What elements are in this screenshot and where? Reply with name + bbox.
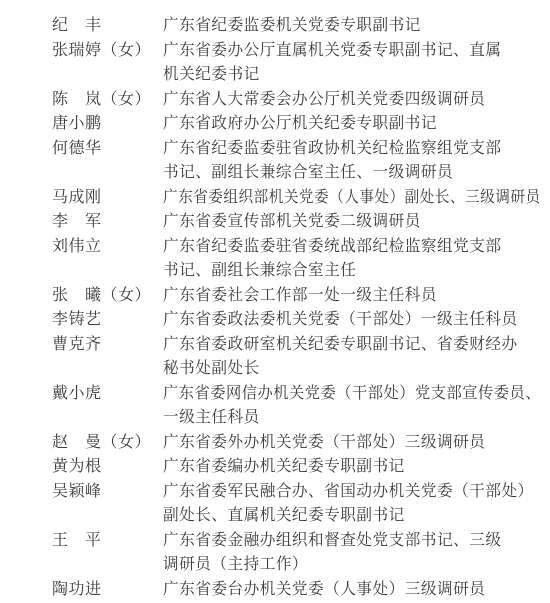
list-item: 赵 曼（女）广东省委外办机关党委（干部处）三级调研员 — [0, 431, 550, 456]
person-name: 李 军 — [52, 210, 163, 235]
position-title: 广东省人大常委会办公厅机关党委四级调研员 — [163, 88, 550, 113]
list-item: 陈 岚（女）广东省人大常委会办公厅机关党委四级调研员 — [0, 88, 550, 113]
person-name: 黄为根 — [52, 455, 163, 480]
person-name: 李铸艺 — [52, 308, 163, 333]
document-page: 纪 丰广东省纪委监委机关党委专职副书记张瑞婷（女）广东省委办公厅直属机关党委专职… — [0, 0, 550, 603]
list-item: 李铸艺广东省委政法委机关党委（干部处）一级主任科员 — [0, 308, 550, 333]
position-title: 广东省纪委监委驻省委统战部纪检监察组党支部书记、副组长兼综合室主任 — [163, 235, 550, 284]
position-title: 广东省委政研室机关纪委专职副书记、省委财经办秘书处副处长 — [163, 333, 550, 382]
person-name: 曹克齐 — [52, 333, 163, 358]
position-line: 广东省委外办机关党委（干部处）三级调研员 — [163, 431, 541, 456]
personnel-roster: 纪 丰广东省纪委监委机关党委专职副书记张瑞婷（女）广东省委办公厅直属机关党委专职… — [0, 14, 550, 602]
position-title: 广东省纪委监委机关党委专职副书记 — [163, 14, 550, 39]
person-name: 何德华 — [52, 137, 163, 162]
list-item: 陶功进广东省委台办机关党委（人事处）三级调研员 — [0, 578, 550, 603]
position-line: 机关纪委书记 — [163, 63, 541, 88]
position-line: 广东省委组织部机关党委（人事处）副处长、三级调研员 — [163, 186, 517, 211]
position-line: 广东省委宣传部机关党委二级调研员 — [163, 210, 541, 235]
position-line: 广东省委金融办组织和督查处党支部书记、三级 — [163, 529, 541, 554]
position-title: 广东省委网信办机关党委（干部处）党支部宣传委员、一级主任科员 — [163, 382, 550, 431]
person-name: 王 平 — [52, 529, 163, 554]
position-title: 广东省委政法委机关党委（干部处）一级主任科员 — [163, 308, 550, 333]
list-item: 戴小虎广东省委网信办机关党委（干部处）党支部宣传委员、一级主任科员 — [0, 382, 550, 431]
list-item: 何德华广东省纪委监委驻省政协机关纪检监察组党支部书记、副组长兼综合室主任、一级调… — [0, 137, 550, 186]
position-line: 书记、副组长兼综合室主任 — [163, 259, 541, 284]
position-line: 调研员（主持工作） — [163, 553, 541, 578]
person-name: 马成刚 — [52, 186, 163, 211]
position-line: 广东省纪委监委驻省政协机关纪检监察组党支部 — [163, 137, 541, 162]
position-line: 广东省纪委监委机关党委专职副书记 — [163, 14, 541, 39]
person-name: 唐小鹏 — [52, 112, 163, 137]
position-line: 广东省委办公厅直属机关党委专职副书记、直属 — [163, 39, 541, 64]
position-line: 广东省委编办机关纪委专职副书记 — [163, 455, 541, 480]
list-item: 吴颖峰广东省委军民融合办、省国动办机关党委（干部处）副处长、直属机关纪委专职副书… — [0, 480, 550, 529]
position-title: 广东省委台办机关党委（人事处）三级调研员 — [163, 578, 550, 603]
position-title: 广东省委外办机关党委（干部处）三级调研员 — [163, 431, 550, 456]
position-title: 广东省委编办机关纪委专职副书记 — [163, 455, 550, 480]
position-line: 秘书处副处长 — [163, 357, 541, 382]
position-line: 广东省政府办公厅机关纪委专职副书记 — [163, 112, 541, 137]
position-line: 广东省委政法委机关党委（干部处）一级主任科员 — [163, 308, 541, 333]
list-item: 唐小鹏广东省政府办公厅机关纪委专职副书记 — [0, 112, 550, 137]
list-item: 李 军广东省委宣传部机关党委二级调研员 — [0, 210, 550, 235]
position-line: 书记、副组长兼综合室主任、一级调研员 — [163, 161, 541, 186]
list-item: 纪 丰广东省纪委监委机关党委专职副书记 — [0, 14, 550, 39]
position-line: 副处长、直属机关纪委专职副书记 — [163, 504, 541, 529]
position-line: 广东省委军民融合办、省国动办机关党委（干部处） — [163, 480, 541, 505]
person-name: 刘伟立 — [52, 235, 163, 260]
position-line: 一级主任科员 — [163, 406, 541, 431]
list-item: 刘伟立广东省纪委监委驻省委统战部纪检监察组党支部书记、副组长兼综合室主任 — [0, 235, 550, 284]
list-item: 曹克齐广东省委政研室机关纪委专职副书记、省委财经办秘书处副处长 — [0, 333, 550, 382]
person-name: 张 曦（女） — [52, 284, 163, 309]
list-item: 张 曦（女）广东省委社会工作部一处一级主任科员 — [0, 284, 550, 309]
person-name: 纪 丰 — [52, 14, 163, 39]
position-line: 广东省人大常委会办公厅机关党委四级调研员 — [163, 88, 541, 113]
position-title: 广东省委宣传部机关党委二级调研员 — [163, 210, 550, 235]
list-item: 黄为根广东省委编办机关纪委专职副书记 — [0, 455, 550, 480]
person-name: 张瑞婷（女） — [52, 39, 163, 64]
position-title: 广东省委金融办组织和督查处党支部书记、三级调研员（主持工作） — [163, 529, 550, 578]
person-name: 戴小虎 — [52, 382, 163, 407]
position-line: 广东省纪委监委驻省委统战部纪检监察组党支部 — [163, 235, 541, 260]
position-title: 广东省委军民融合办、省国动办机关党委（干部处）副处长、直属机关纪委专职副书记 — [163, 480, 550, 529]
person-name: 陈 岚（女） — [52, 88, 163, 113]
position-title: 广东省政府办公厅机关纪委专职副书记 — [163, 112, 550, 137]
list-item: 王 平广东省委金融办组织和督查处党支部书记、三级调研员（主持工作） — [0, 529, 550, 578]
position-line: 广东省委网信办机关党委（干部处）党支部宣传委员、 — [163, 382, 532, 407]
position-title: 广东省委办公厅直属机关党委专职副书记、直属机关纪委书记 — [163, 39, 550, 88]
position-line: 广东省委政研室机关纪委专职副书记、省委财经办 — [163, 333, 541, 358]
person-name: 吴颖峰 — [52, 480, 163, 505]
person-name: 陶功进 — [52, 578, 163, 603]
list-item: 张瑞婷（女）广东省委办公厅直属机关党委专职副书记、直属机关纪委书记 — [0, 39, 550, 88]
position-title: 广东省委组织部机关党委（人事处）副处长、三级调研员 — [163, 186, 550, 211]
position-title: 广东省纪委监委驻省政协机关纪检监察组党支部书记、副组长兼综合室主任、一级调研员 — [163, 137, 550, 186]
position-line: 广东省委社会工作部一处一级主任科员 — [163, 284, 541, 309]
position-line: 广东省委台办机关党委（人事处）三级调研员 — [163, 578, 541, 603]
list-item: 马成刚广东省委组织部机关党委（人事处）副处长、三级调研员 — [0, 186, 550, 211]
person-name: 赵 曼（女） — [52, 431, 163, 456]
position-title: 广东省委社会工作部一处一级主任科员 — [163, 284, 550, 309]
